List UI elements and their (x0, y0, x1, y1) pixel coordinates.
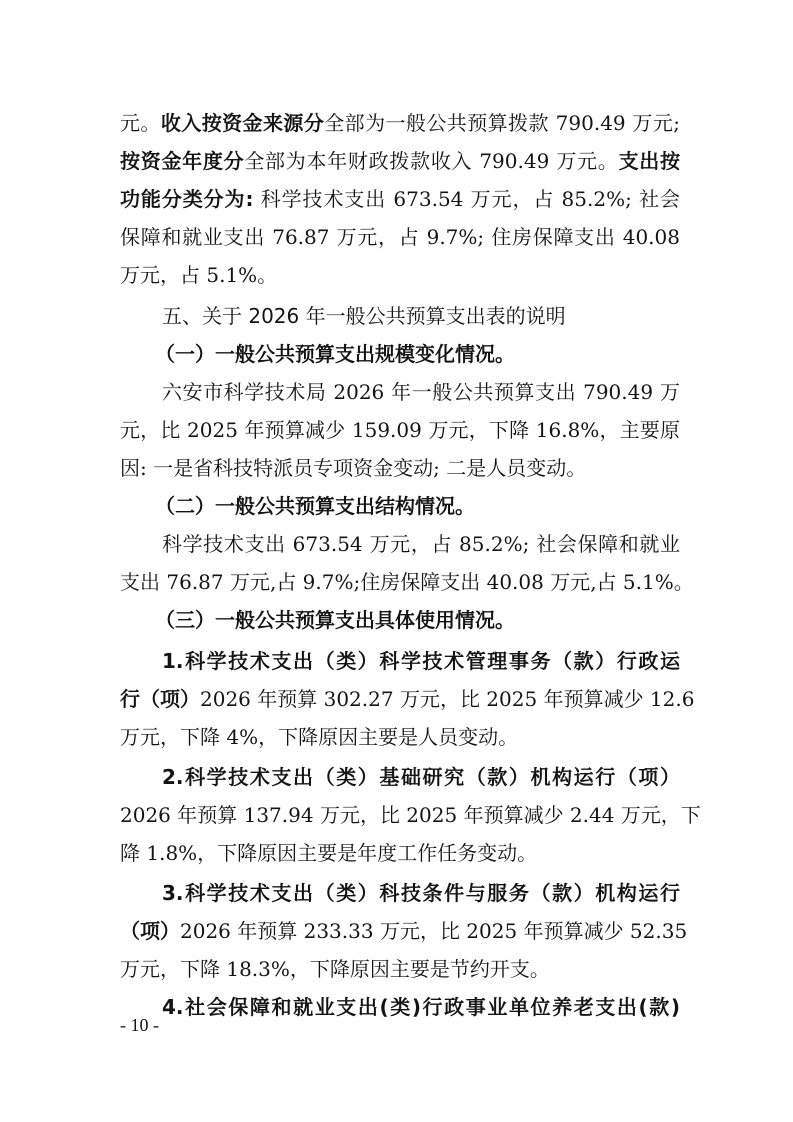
item-heading: 4.社会保障和就业支出(类)行政事业单位养老支出(款) (162, 994, 680, 1020)
paragraph-line: 六安市科学技术局 2026 年一般公共预算支出 790.49 万 (162, 379, 680, 405)
paragraph-line: （项）2026 年预算 233.33 万元，比 2025 年预算减少 52.35 (120, 918, 680, 944)
text-segment: 万元，占 5.1%。 (120, 263, 277, 287)
paragraph-line: 万元，占 5.1%。 (120, 262, 680, 288)
text-segment: 2026 年预算 233.33 万元，比 2025 年预算减少 52.35 (180, 919, 687, 943)
subsection-heading: （三）一般公共预算支出具体使用情况。 (155, 607, 673, 633)
paragraph-line: 行（项）2026 年预算 302.27 万元，比 2025 年预算减少 12.6 (120, 686, 680, 712)
page-number: - 10 - (120, 1014, 159, 1036)
paragraph-line: 功能分类分为: 科学技术支出 673.54 万元，占 85.2%; 社会 (120, 186, 680, 212)
bold-segment: 收入按资金来源分 (161, 111, 324, 135)
item-heading: 1.科学技术支出（类）科学技术管理事务（款）行政运 (162, 648, 680, 674)
paragraph-line: 按资金年度分全部为本年财政拨款收入 790.49 万元。支出按 (120, 148, 680, 174)
paragraph-line: 保障和就业支出 76.87 万元，占 9.7%; 住房保障支出 40.08 (120, 224, 680, 250)
text-segment: 2026 年预算 302.27 万元，比 2025 年预算减少 12.6 (200, 687, 694, 711)
bold-segment: 支出按 (619, 149, 680, 173)
text-segment: 保障和就业支出 76.87 万元，占 9.7%; 住房保障支出 40.08 (120, 225, 680, 249)
paragraph-line: 2026 年预算 137.94 万元，比 2025 年预算减少 2.44 万元，… (120, 802, 680, 828)
document-page: 元。收入按资金来源分全部为一般公共预算拨款 790.49 万元; 按资金年度分全… (0, 0, 793, 1122)
text-segment: 元。 (120, 111, 161, 135)
subsection-heading: （二）一般公共预算支出结构情况。 (155, 493, 673, 519)
paragraph-line: 万元，下降 18.3%，下降原因主要是节约开支。 (120, 956, 680, 982)
bold-segment: 功能分类分为: (120, 187, 253, 211)
item-heading: 3.科学技术支出（类）科技条件与服务（款）机构运行 (162, 880, 680, 906)
item-heading: 2.科学技术支出（类）基础研究（款）机构运行（项） (162, 764, 680, 790)
text-segment: 全部为本年财政拨款收入 790.49 万元。 (244, 149, 618, 173)
bold-segment: 按资金年度分 (120, 149, 244, 173)
text-segment: 全部为一般公共预算拨款 790.49 万元; (324, 111, 680, 135)
text-segment: 科学技术支出 673.54 万元，占 85.2%; 社会 (253, 187, 680, 211)
section-heading: 五、关于 2026 年一般公共预算支出表的说明 (162, 303, 680, 329)
subsection-heading: （一）一般公共预算支出规模变化情况。 (155, 341, 673, 367)
paragraph-line: 降 1.8%，下降原因主要是年度工作任务变动。 (120, 840, 680, 866)
paragraph-line: 万元，下降 4%，下降原因主要是人员变动。 (120, 724, 680, 750)
paragraph-line: 因: 一是省科技特派员专项资金变动; 二是人员变动。 (120, 455, 680, 481)
bold-segment: 行（项） (120, 687, 200, 711)
paragraph-line: 元。收入按资金来源分全部为一般公共预算拨款 790.49 万元; (120, 110, 680, 136)
bold-segment: （项） (120, 919, 180, 943)
paragraph-line: 科学技术支出 673.54 万元，占 85.2%; 社会保障和就业 (162, 531, 680, 557)
paragraph-line: 支出 76.87 万元,占 9.7%;住房保障支出 40.08 万元,占 5.1… (120, 569, 680, 595)
paragraph-line: 元，比 2025 年预算减少 159.09 万元，下降 16.8%，主要原 (120, 417, 680, 443)
